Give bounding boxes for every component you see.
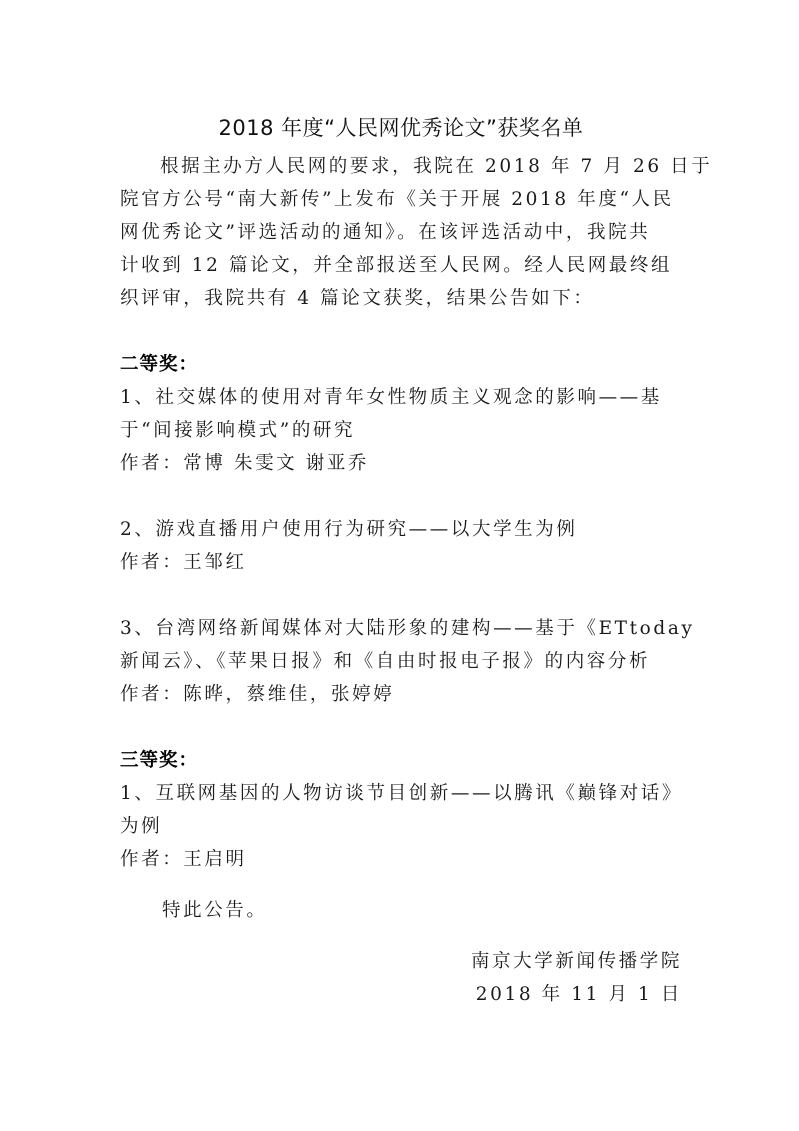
intro-line: 计收到 12 篇论文，并全部报送至人民网。经人民网最终组 [120,249,682,282]
award-entry: 3、台湾网络新闻媒体对大陆形象的建构——基于《ETtoday 新闻云》、《苹果日… [120,612,682,711]
entry-title: 3、台湾网络新闻媒体对大陆形象的建构——基于《ETtoday [120,612,682,645]
intro-line: 网优秀论文”评选活动的通知》。在该评选活动中，我院共 [120,216,682,249]
spacer [120,315,682,348]
third-prize-heading: 三等奖： [120,744,682,777]
entry-title: 于“间接影响模式”的研究 [120,414,682,447]
signature-block: 南京大学新闻传播学院 2018 年 11 月 1 日 [120,945,682,1011]
third-prize-section: 三等奖： 1、互联网基因的人物访谈节目创新——以腾讯《巅锋对话》 为例 作者：王… [120,744,682,876]
signature-date: 2018 年 11 月 1 日 [120,978,682,1011]
intro-line: 织评审，我院共有 4 篇论文获奖，结果公告如下： [120,282,682,315]
spacer [120,927,682,945]
document-page: 2018 年度“人民网优秀论文”获奖名单 根据主办方人民网的要求，我院在 201… [120,110,682,1011]
second-prize-section: 二等奖： 1、社交媒体的使用对青年女性物质主义观念的影响——基 于“间接影响模式… [120,348,682,711]
closing-statement: 特此公告。 [120,894,682,927]
signature-organization: 南京大学新闻传播学院 [120,945,682,978]
intro-paragraph: 根据主办方人民网的要求，我院在 2018 年 7 月 26 日于 院官方公号“南… [120,150,682,315]
second-prize-heading: 二等奖： [120,348,682,381]
entry-title: 2、游戏直播用户使用行为研究——以大学生为例 [120,513,682,546]
entry-title: 为例 [120,810,682,843]
intro-line: 院官方公号“南大新传”上发布《关于开展 2018 年度“人民 [120,183,682,216]
spacer [120,480,682,513]
intro-line: 根据主办方人民网的要求，我院在 2018 年 7 月 26 日于 [120,150,682,183]
spacer [120,579,682,612]
document-title: 2018 年度“人民网优秀论文”获奖名单 [120,110,682,146]
award-entry: 1、互联网基因的人物访谈节目创新——以腾讯《巅锋对话》 为例 作者：王启明 [120,777,682,876]
entry-authors: 作者：王启明 [120,843,682,876]
entry-authors: 作者：王邹红 [120,546,682,579]
entry-authors: 作者：常博 朱雯文 谢亚乔 [120,447,682,480]
entry-title: 1、互联网基因的人物访谈节目创新——以腾讯《巅锋对话》 [120,777,682,810]
entry-title: 1、社交媒体的使用对青年女性物质主义观念的影响——基 [120,381,682,414]
award-entry: 2、游戏直播用户使用行为研究——以大学生为例 作者：王邹红 [120,513,682,579]
entry-authors: 作者：陈晔，蔡维佳，张婷婷 [120,678,682,711]
spacer [120,876,682,894]
entry-title: 新闻云》、《苹果日报》和《自由时报电子报》的内容分析 [120,645,682,678]
award-entry: 1、社交媒体的使用对青年女性物质主义观念的影响——基 于“间接影响模式”的研究 … [120,381,682,480]
spacer [120,711,682,744]
